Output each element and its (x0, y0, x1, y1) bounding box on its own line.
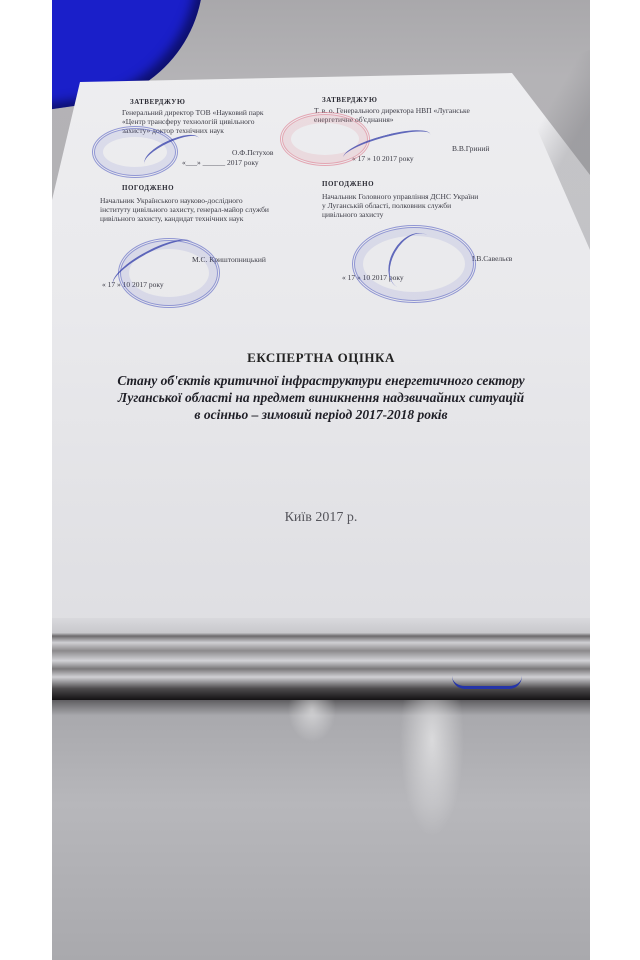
table-surface (52, 700, 590, 960)
agreed-right-heading: ПОГОДЖЕНО (322, 180, 374, 188)
document-title: ЕКСПЕРТНА ОЦІНКА (52, 350, 590, 366)
agreed-right-signatory: І.В.Савельєв (472, 254, 512, 263)
document-photo: ЗАТВЕРДЖУЮ Генеральний директор ТОВ «Нау… (52, 0, 590, 960)
agreed-right-text: Начальник Головного управління ДСНС Укра… (322, 192, 482, 219)
approve-right-heading: ЗАТВЕРДЖУЮ (322, 96, 377, 104)
agreed-left-text: Начальник Українського науково-дослідног… (100, 196, 275, 223)
approve-left-heading: ЗАТВЕРДЖУЮ (130, 98, 185, 106)
ink-mark (452, 676, 522, 689)
approve-left-date: «___» ______ 2017 року (182, 158, 259, 167)
subtitle-line-1: Стану об'єктів критичної інфраструктури … (52, 372, 590, 389)
approve-left-signatory: О.Ф.Пєтухов (232, 148, 273, 157)
city-year: Київ 2017 р. (52, 510, 590, 526)
approve-right-signatory: В.В.Гриний (452, 144, 489, 153)
subtitle-line-2: Луганської області на предмет виникнення… (52, 389, 590, 406)
subtitle-line-3: в осінньо – зимовий період 2017-2018 рок… (52, 406, 590, 423)
agreed-left-heading: ПОГОДЖЕНО (122, 184, 174, 192)
